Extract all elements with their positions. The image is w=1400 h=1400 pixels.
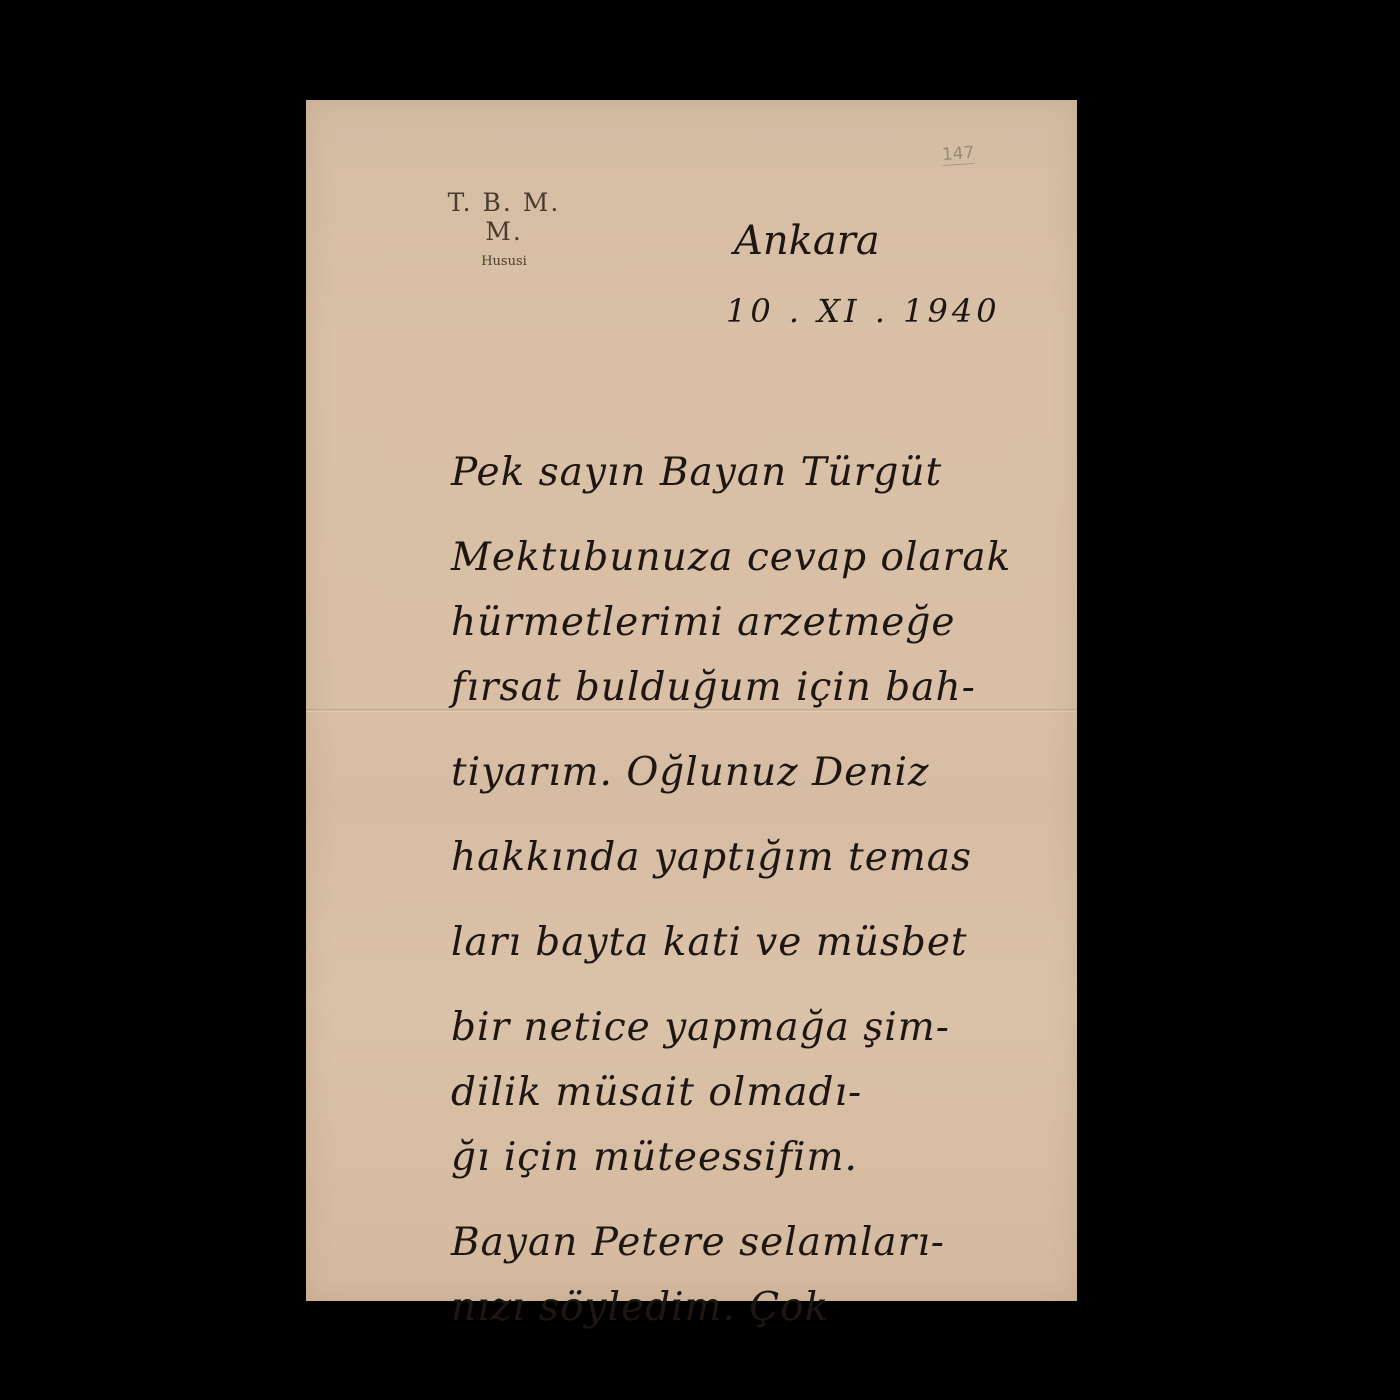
letterhead-title: T. B. M. M. xyxy=(424,188,584,246)
body-line: fırsat bulduğum için bah- xyxy=(451,645,1051,730)
letter-body: Pek sayın Bayan Türgüt Mektubunuza cevap… xyxy=(451,430,1051,1350)
place-heading: Ankara xyxy=(734,218,880,264)
body-line: ğı için müteessifim. xyxy=(451,1115,1051,1200)
letterhead-subtitle: Hususi xyxy=(424,254,584,269)
archive-number: 147 xyxy=(941,143,975,166)
body-line: ları bayta kati ve müsbet xyxy=(451,900,1051,985)
date-heading: 10 . XI . 1940 xyxy=(726,292,1001,330)
letterhead: T. B. M. M. Hususi xyxy=(424,188,584,269)
body-line: nızı söyledim. Çok xyxy=(451,1265,1051,1350)
body-line: hakkında yaptığım temas xyxy=(451,815,1051,900)
letter-paper: T. B. M. M. Hususi 147 Ankara 10 . XI . … xyxy=(306,100,1077,1301)
body-line: Pek sayın Bayan Türgüt xyxy=(451,430,1051,515)
body-line: tiyarım. Oğlunuz Deniz xyxy=(451,730,1051,815)
